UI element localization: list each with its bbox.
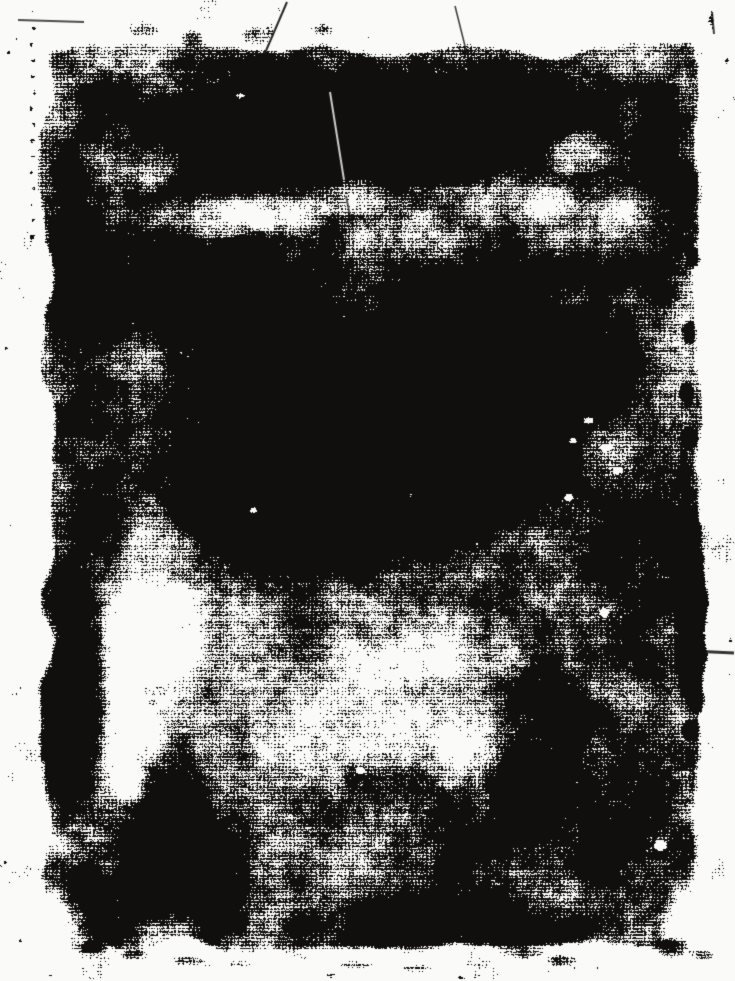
scanned-artwork bbox=[0, 0, 735, 981]
ink-texture-canvas bbox=[0, 0, 735, 981]
